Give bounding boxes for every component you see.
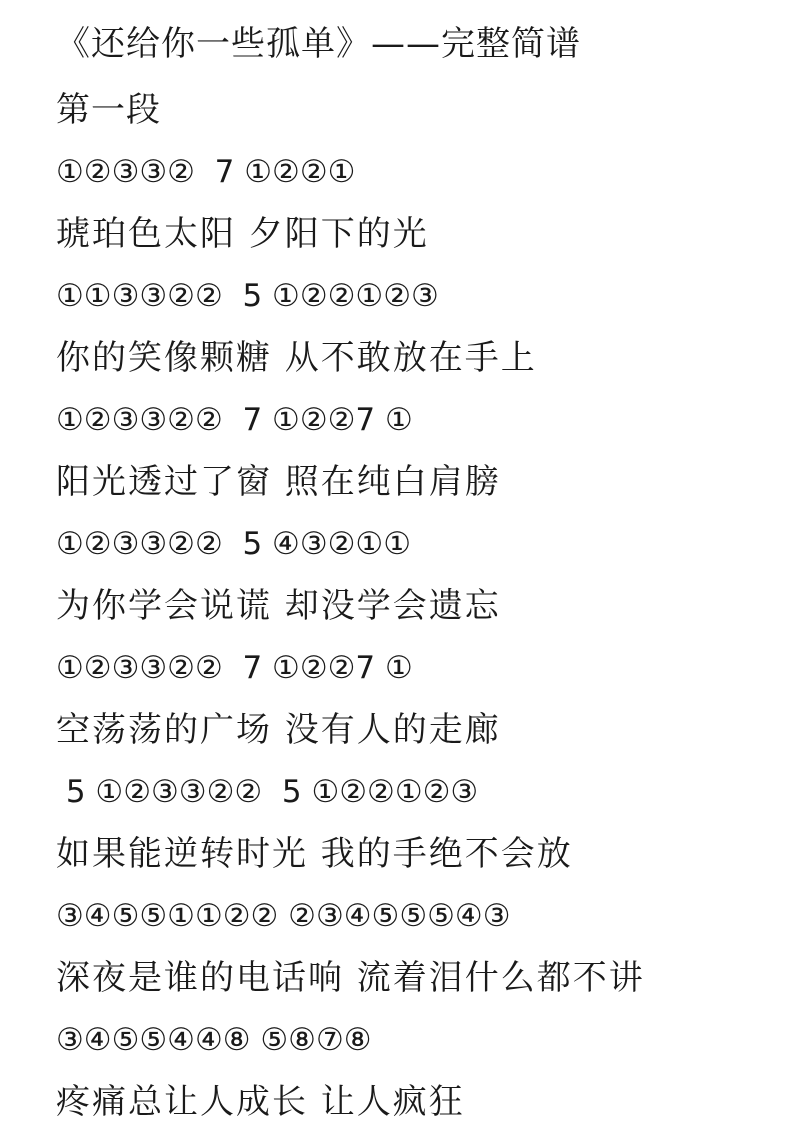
lyrics-line: 疼痛总让人成长 让人疯狂 [56,1082,465,1122]
notation-line: ①②③③②② 5 ④③②①① [56,524,411,564]
notation-line: ①②③③②② 7 ①②②7 ① [56,400,413,440]
document-title: 《还给你一些孤单》——完整简谱 [56,24,581,64]
notation-line: ①②③③②② 7 ①②②7 ① [56,648,413,688]
lyrics-line: 如果能逆转时光 我的手绝不会放 [56,834,573,874]
notation-line: ③④⑤⑤①①②② ②③④⑤⑤⑤④③ [56,896,511,936]
notation-line: 5 ①②③③②② 5 ①②②①②③ [56,772,478,812]
lyrics-line: 深夜是谁的电话响 流着泪什么都不讲 [56,958,645,998]
notation-line: ①①③③②② 5 ①②②①②③ [56,276,439,316]
notation-line: ①②③③② 7 ①②②① [56,152,355,192]
lyrics-line: 空荡荡的广场 没有人的走廊 [56,710,501,750]
lyrics-line: 阳光透过了窗 照在纯白肩膀 [56,462,501,502]
lyrics-line: 你的笑像颗糖 从不敢放在手上 [56,338,537,378]
notation-line: ③④⑤⑤④④⑧ ⑤⑧⑦⑧ [56,1020,372,1060]
lyrics-line: 琥珀色太阳 夕阳下的光 [56,214,429,254]
lyrics-line: 为你学会说谎 却没学会遗忘 [56,586,501,626]
sheet-music-document: 《还给你一些孤单》——完整简谱 第一段 ①②③③② 7 ①②②① 琥珀色太阳 夕… [0,0,800,1134]
section-label: 第一段 [56,90,161,130]
